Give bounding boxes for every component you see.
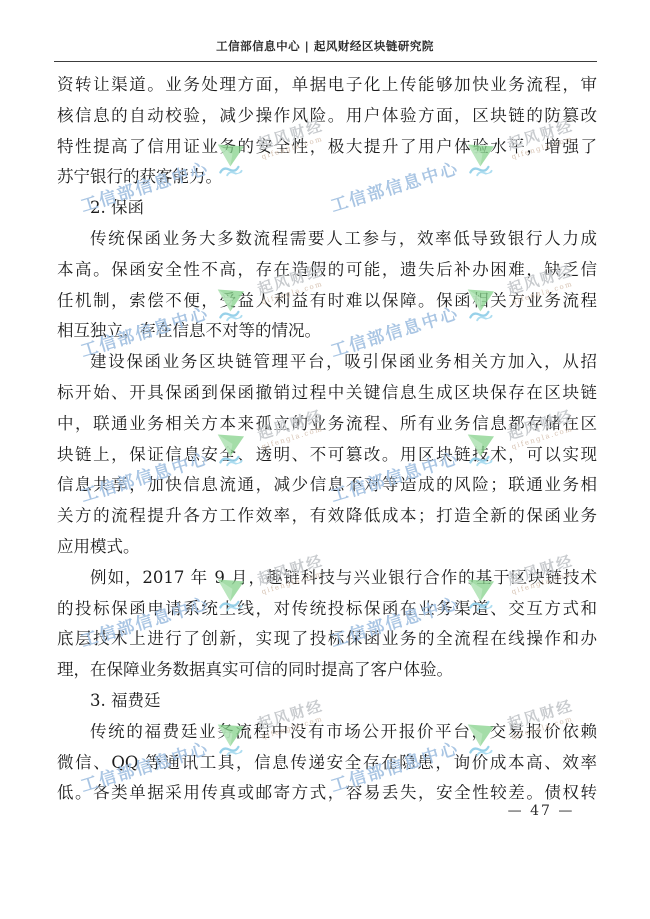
heading-line: 3. 福费廷 — [57, 686, 597, 717]
page-number: — 47 — — [481, 803, 601, 819]
body-text-line: 传统的福费廷业务流程中没有市场公开报价平台，交易报价依赖 — [57, 717, 597, 748]
body-text-line: 底层技术上进行了创新，实现了投标保函业务的全流程在线操作和办 — [57, 624, 597, 655]
body-text-line: 传统保函业务大多数流程需要人工参与，效率低导致银行人力成 — [57, 224, 597, 255]
body-text-line: 的投标保函申请系统上线，对传统投标保函在业务渠道、交互方式和 — [57, 594, 597, 625]
body-text-line: 块链上，保证信息安全、透明、不可篡改。用区块链技术，可以实现 — [57, 440, 597, 471]
body-text-line: 应用模式。 — [57, 532, 597, 563]
body-text-line: 资转让渠道。业务处理方面，单据电子化上传能够加快业务流程，审 — [57, 70, 597, 101]
body-text-line: 信息共享，加快信息流通，减少信息不对等造成的风险；联通业务相 — [57, 470, 597, 501]
page-header-title: 工信部信息中心 | 起风财经区块链研究院 — [0, 38, 650, 54]
body-text-line: 标开始、开具保函到保函撤销过程中关键信息生成区块保存在区块链 — [57, 378, 597, 409]
body-text-line: 建设保函业务区块链管理平台，吸引保函业务相关方加入，从招 — [57, 347, 597, 378]
document-page: { "header": { "title": "工信部信息中心 | 起风财经区块… — [0, 0, 650, 919]
body-text-line: 苏宁银行的获客能力。 — [57, 162, 597, 193]
body-text-line: 理，在保障业务数据真实可信的同时提高了客户体验。 — [57, 655, 597, 686]
body-text-line: 核信息的自动校验，减少操作风险。用户体验方面，区块链的防篡改 — [57, 101, 597, 132]
body-text-line: 特性提高了信用证业务的安全性，极大提升了用户体验水平，增强了 — [57, 132, 597, 163]
body-text-line: 关方的流程提升各方工作效率，有效降低成本；打造全新的保函业务 — [57, 501, 597, 532]
body-text-line: 本高。保函安全性不高，存在造假的可能，遗失后补办困难，缺乏信 — [57, 255, 597, 286]
heading-line: 2. 保函 — [57, 193, 597, 224]
document-body: 资转让渠道。业务处理方面，单据电子化上传能够加快业务流程，审核信息的自动校验，减… — [57, 70, 597, 809]
body-text-line: 中，联通业务相关方本来孤立的业务流程、所有业务信息都存储在区 — [57, 409, 597, 440]
body-text-line: 微信、QQ 等通讯工具，信息传递安全存在隐患，询价成本高、效率 — [57, 748, 597, 779]
body-text-line: 例如，2017 年 9 月，趣链科技与兴业银行合作的基于区块链技术 — [57, 563, 597, 594]
header-divider — [54, 61, 597, 62]
body-text-line: 相互独立，存在信息不对等的情况。 — [57, 316, 597, 347]
body-text-line: 任机制，索偿不便，受益人利益有时难以保障。保函相关方业务流程 — [57, 286, 597, 317]
